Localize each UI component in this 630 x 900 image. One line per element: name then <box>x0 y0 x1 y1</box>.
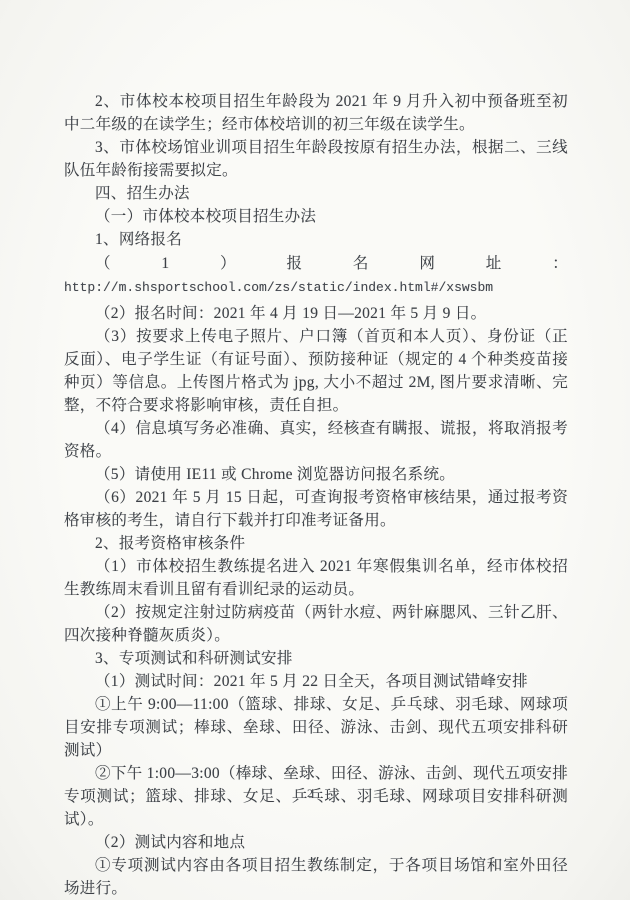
text-segment: ①专项测试内容由各项目招生教练制定，于各项目场馆和室外田径场进行。 <box>64 857 568 897</box>
body-paragraph: （2）报名时间：2021 年 4 月 19 日—2021 年 5 月 9 日。 <box>64 302 568 325</box>
subsection-heading: 2、报考资格审核条件 <box>64 532 568 555</box>
body-paragraph: （3）按要求上传电子照片、户口簿（首页和本人页）、身份证（正反面）、电子学生证（… <box>64 325 568 417</box>
body-paragraph: （2）测试内容和地点 <box>64 831 568 854</box>
url-line: （1）报名网址：http://m.shsportschool.com/zs/st… <box>64 252 568 299</box>
text-segment: （1）市体校招生教练提名进入 2021 年寒假集训名单，经市体校招生教练周末看训… <box>64 558 568 598</box>
text-segment: （1）测试时间：2021 年 5 月 22 日全天，各项目测试错峰安排 <box>95 673 528 690</box>
subsection-heading: （一）市体校本校项目招生办法 <box>64 205 568 228</box>
body-paragraph: ①上午 9:00—11:00（篮球、排球、女足、乒乓球、羽毛球、网球项目安排专项… <box>64 693 568 762</box>
body-paragraph: 2、市体校本校项目招生年龄段为 2021 年 9 月升入初中预备班至初中二年级的… <box>64 90 568 136</box>
body-paragraph: （1）市体校招生教练提名进入 2021 年寒假集训名单，经市体校招生教练周末看训… <box>64 555 568 601</box>
body-paragraph: 3、市体校场馆业训项目招生年龄段按原有招生办法，根据二、三线队伍年龄衔接需要拟定… <box>64 136 568 182</box>
text-segment: 1、网络报名 <box>95 231 182 248</box>
text-segment: ①上午 9:00—11:00（篮球、排球、女足、乒乓球、羽毛球、网球项目安排专项… <box>64 696 568 759</box>
body-paragraph: （1）测试时间：2021 年 5 月 22 日全天，各项目测试错峰安排 <box>64 670 568 693</box>
text-segment: （1）报名网址： <box>95 255 568 272</box>
text-segment: 3、专项测试和科研测试安排 <box>95 650 293 667</box>
text-segment: （6）2021 年 5 月 15 日起，可查询报考资格审核结果，通过报考资格审核… <box>64 489 568 529</box>
text-segment: 3、市体校场馆业训项目招生年龄段按原有招生办法，根据二、三线队伍年龄衔接需要拟定… <box>64 139 568 179</box>
body-paragraph: （4）信息填写务必准确、真实，经核查有瞒报、谎报，将取消报考资格。 <box>64 417 568 463</box>
text-segment: （2）按规定注射过防病疫苗（两针水痘、两针麻腮风、三针乙肝、四次接种脊髓灰质炎）… <box>64 604 568 644</box>
registration-url: http://m.shsportschool.com/zs/static/ind… <box>64 280 493 295</box>
subsection-heading: 1、网络报名 <box>64 228 568 251</box>
page-number: 2 <box>0 786 620 801</box>
text-segment: 四、招生办法 <box>95 185 190 202</box>
subsection-heading: 3、专项测试和科研测试安排 <box>64 647 568 670</box>
text-segment: 2、报考资格审核条件 <box>95 535 245 552</box>
body-paragraph: （5）请使用 IE11 或 Chrome 浏览器访问报名系统。 <box>64 463 568 486</box>
text-segment: （4）信息填写务必准确、真实，经核查有瞒报、谎报，将取消报考资格。 <box>64 420 568 460</box>
document-body: 2、市体校本校项目招生年龄段为 2021 年 9 月升入初中预备班至初中二年级的… <box>64 90 568 900</box>
text-segment: （2）测试内容和地点 <box>95 834 245 851</box>
text-segment: （一）市体校本校项目招生办法 <box>95 208 316 225</box>
text-segment: 2、市体校本校项目招生年龄段为 2021 年 9 月升入初中预备班至初中二年级的… <box>64 93 568 133</box>
text-segment: （2）报名时间：2021 年 4 月 19 日—2021 年 5 月 9 日。 <box>95 305 486 322</box>
scanned-document-page: 2、市体校本校项目招生年龄段为 2021 年 9 月升入初中预备班至初中二年级的… <box>0 0 630 900</box>
body-paragraph: ①专项测试内容由各项目招生教练制定，于各项目场馆和室外田径场进行。 <box>64 854 568 900</box>
text-segment: （3）按要求上传电子照片、户口簿（首页和本人页）、身份证（正反面）、电子学生证（… <box>64 328 568 414</box>
body-paragraph: （2）按规定注射过防病疫苗（两针水痘、两针麻腮风、三针乙肝、四次接种脊髓灰质炎）… <box>64 601 568 647</box>
text-segment: （5）请使用 IE11 或 Chrome 浏览器访问报名系统。 <box>95 466 455 483</box>
section-heading: 四、招生办法 <box>64 182 568 205</box>
body-paragraph: （6）2021 年 5 月 15 日起，可查询报考资格审核结果，通过报考资格审核… <box>64 486 568 532</box>
